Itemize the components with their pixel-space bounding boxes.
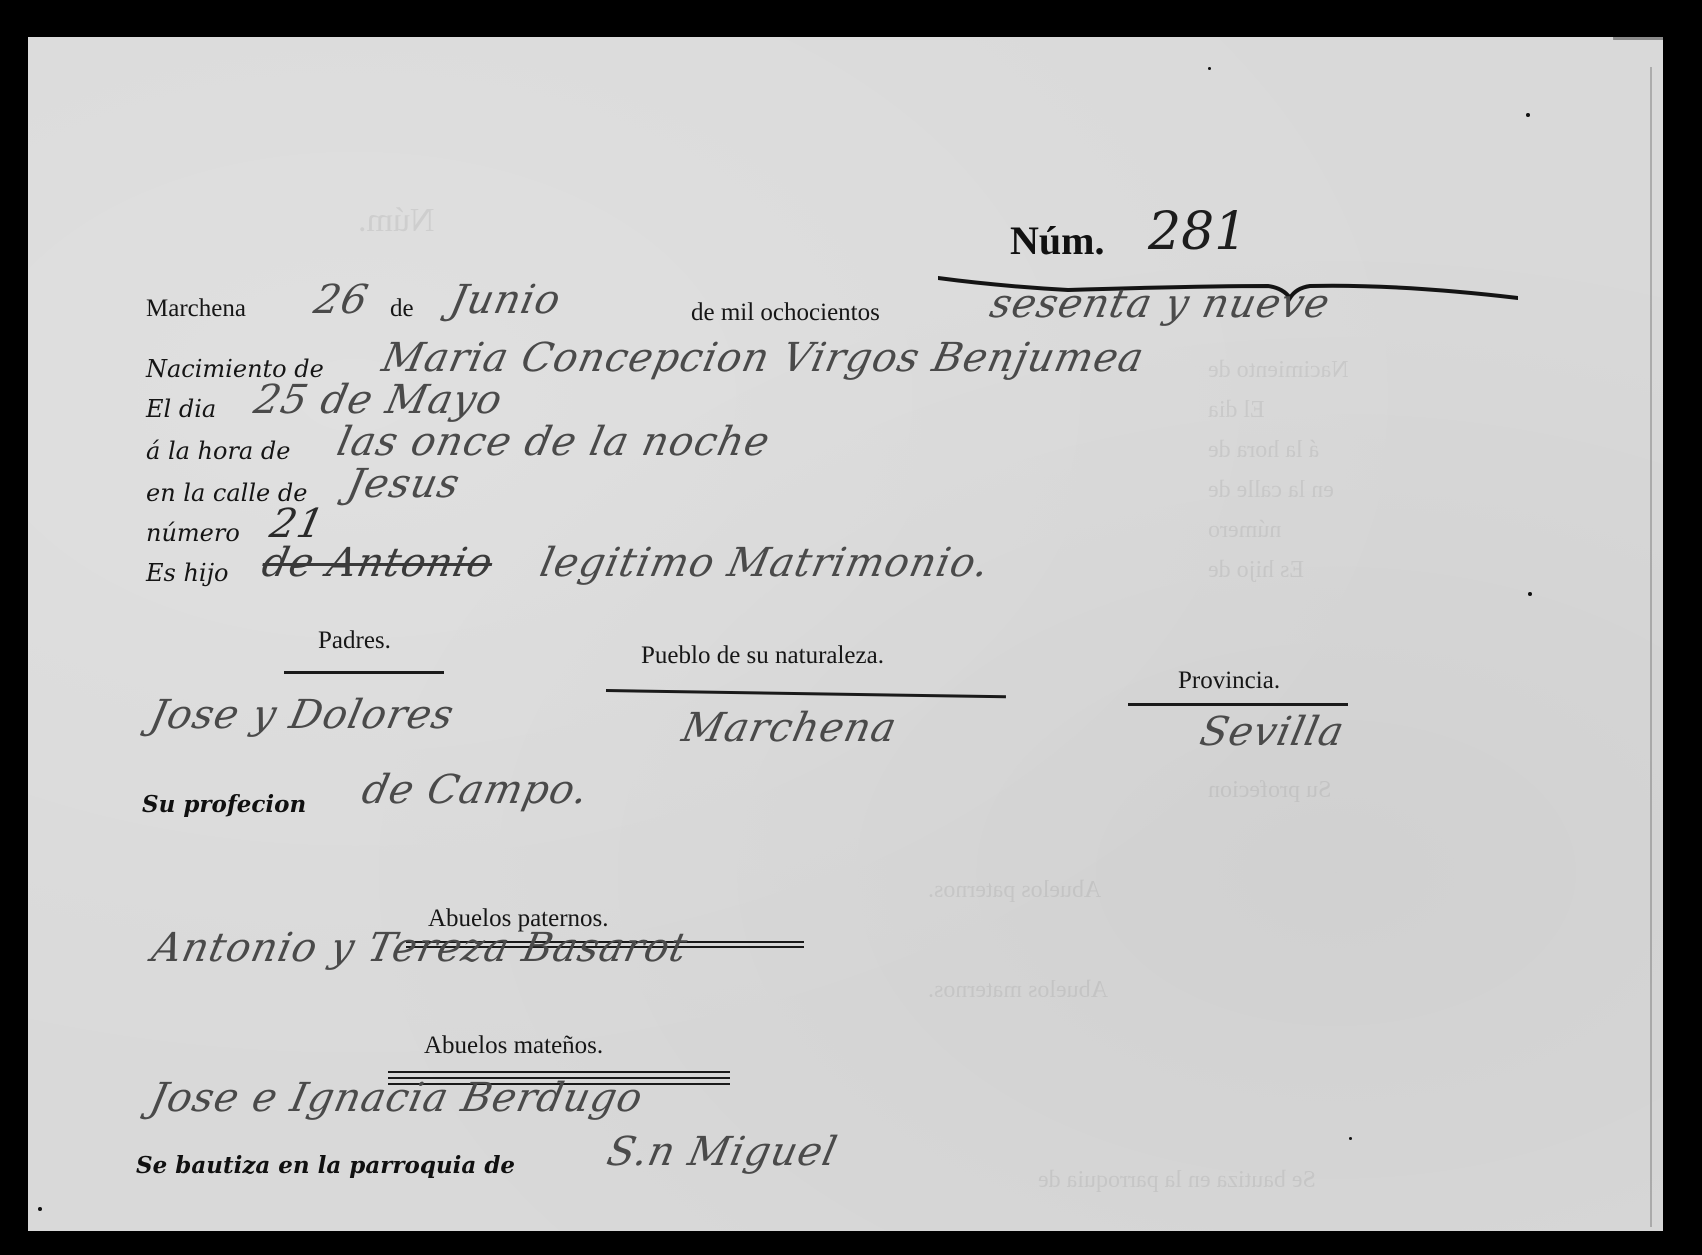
baptism-value: S.n Miguel [603,1129,842,1175]
ink-speck [38,1207,42,1211]
town-header-underline [606,689,1006,698]
year-prefix-label: de mil ochocientos [691,299,880,327]
parents-header: Padres. [318,627,391,655]
page-edge-line [1650,67,1652,1227]
of-label: de [390,295,414,323]
bleed-through-text: Su profecion [1208,777,1331,804]
street-value: Jesus [343,461,464,507]
paternal-grandparents-value: Antonio y Tereza Basarot [148,925,692,971]
ink-speck [1526,113,1530,117]
bleed-through-text: número [1208,517,1281,544]
maternal-grandparents-value: Jose e Ignacia Berdugo [146,1075,647,1121]
maternal-grandparents-underline [388,1071,730,1073]
record-number-label: Núm. [1010,217,1104,264]
province-value: Sevilla [1196,709,1349,755]
year-suffix-handwritten: sesenta y nueve [986,281,1334,327]
day-value: 25 de Mayo [250,377,507,423]
number-label: número [146,519,240,547]
profession-label: Su profecion [142,791,306,818]
ink-speck [1349,1137,1352,1140]
bleed-through-text: en la calle de [1208,477,1334,504]
day-handwritten: 26 [310,277,373,323]
hour-value: las once de la noche [333,419,774,465]
bleed-through-text: Se bautiza en la parroquia de [1038,1167,1316,1194]
page-corner-curl [1613,37,1663,64]
province-header-underline [1128,703,1348,706]
child-of-label: Es hijo [146,559,229,587]
baptism-label: Se bautiza en la parroquia de [136,1152,515,1179]
child-of-struck-value: de Antonio [258,540,497,586]
parents-value: Jose y Dolores [146,692,458,738]
bleed-through-text: Núm. [358,202,435,240]
bleed-through-text: Es hijo de [1208,557,1304,584]
bleed-through-text: El dia [1208,397,1265,424]
record-number-value: 281 [1148,202,1247,262]
bleed-through-text: Abuelos maternos. [928,977,1108,1004]
child-of-value: legitimo Matrimonio. [536,540,994,586]
maternal-grandparents-label: Abuelos mateños. [424,1032,603,1060]
town-value: Marchena [678,705,901,751]
day-label: El dia [146,395,216,423]
ink-speck [1208,67,1211,70]
birth-of-value: Maria Concepcion Virgos Benjumea [378,335,1148,381]
bleed-through-text: á la hora de [1208,437,1319,464]
document-page: Núm. Nacimiento de El dia á la hora de e… [28,37,1663,1231]
ink-speck [1528,592,1532,596]
profession-value: de Campo. [358,767,593,813]
town-label: Marchena [146,295,246,323]
hour-label: á la hora de [146,437,290,465]
bleed-through-text: Abuelos paternos. [928,877,1101,904]
bleed-through-text: Nacimiento de [1208,357,1349,384]
month-handwritten: Junio [446,277,565,323]
parents-header-underline [284,671,444,674]
province-header: Provincia. [1178,667,1280,695]
town-header: Pueblo de su naturaleza. [641,642,884,670]
